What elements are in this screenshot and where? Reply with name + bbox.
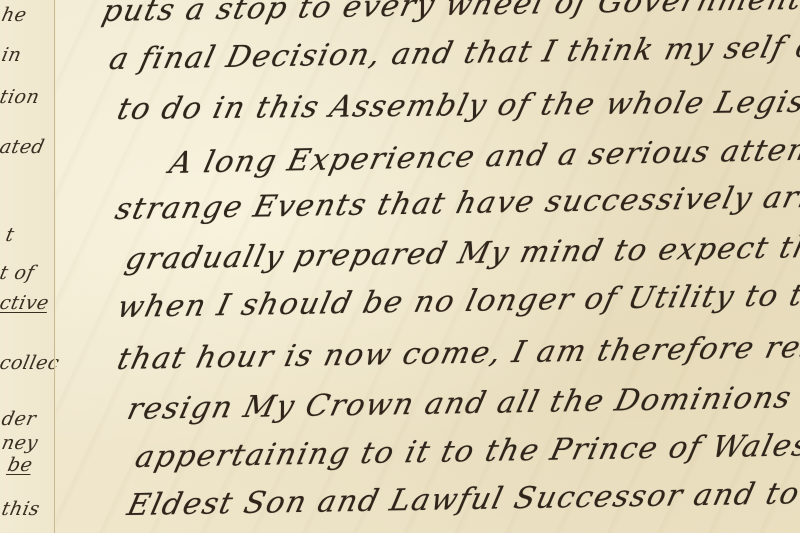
manuscript-line: that hour is now come, I am therefore re…	[114, 328, 800, 377]
manuscript-line: A long Experience and a serious attentio…	[166, 130, 800, 181]
margin-note: he	[0, 4, 29, 26]
margin-note: be	[6, 454, 35, 476]
manuscript-line: to do in this Assembly of the whole Legi…	[114, 84, 800, 127]
margin-note: tion	[0, 86, 42, 108]
margin-note: ated	[0, 136, 47, 158]
manuscript-line: a final Decision, and that I think my se…	[106, 29, 800, 77]
manuscript-line: gradually prepared My mind to expect the	[122, 230, 800, 277]
margin-note: ney	[0, 432, 40, 454]
margin-note: der	[0, 408, 38, 430]
manuscript-line: strange Events that have successively ar…	[112, 178, 800, 227]
margin-note: collec	[0, 352, 61, 374]
margin-note: t of	[0, 262, 36, 284]
left-margin-column: he in tion ated t t of ctive collec der …	[0, 0, 54, 533]
manuscript-line: Eldest Son and Lawful Successor and to r…	[124, 476, 800, 523]
margin-note: this	[0, 498, 42, 520]
manuscript-line: resign My Crown and all the Dominions	[124, 380, 796, 427]
margin-rule-line	[54, 0, 55, 533]
manuscript-line: when I should be no longer of Utility to…	[114, 277, 800, 325]
manuscript-line: appertaining to it to the Prince of Wale…	[132, 427, 800, 475]
margin-note: t	[4, 224, 17, 246]
margin-note: in	[0, 44, 24, 66]
manuscript-page: he in tion ated t t of ctive collec der …	[0, 0, 800, 533]
margin-note: ctive	[0, 292, 51, 314]
manuscript-line: puts a stop to every wheel of Government…	[99, 0, 800, 29]
